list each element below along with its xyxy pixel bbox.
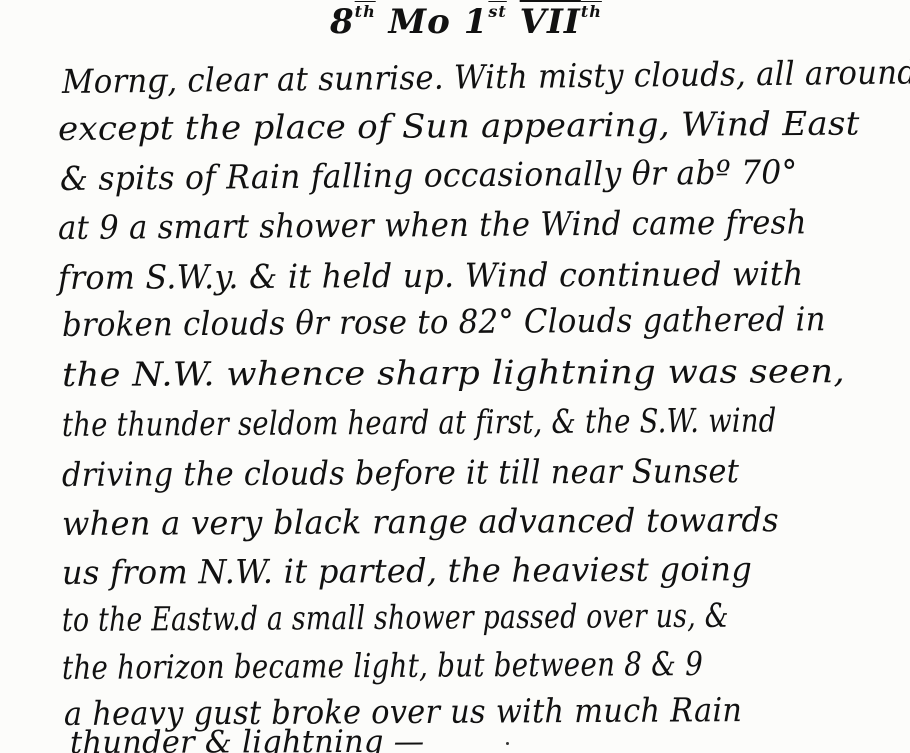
month-suffix: th: [355, 2, 376, 21]
day-number: 1: [464, 2, 489, 42]
text-line-13: the horizon became light, but between 8 …: [62, 644, 703, 687]
manuscript-page: 8th Mo 1st VIIth Mornɡ, clear at sunrise…: [0, 0, 910, 753]
text-line-3: & spits of Rain falling occasionally θr …: [60, 152, 798, 198]
text-line-9: driving the clouds before it till near S…: [62, 451, 739, 494]
ink-speck: [506, 742, 509, 745]
text-line-2: except the place of Sun appearing, Wind …: [58, 104, 860, 148]
weekday-suffix: th: [581, 2, 602, 21]
day-suffix: st: [488, 2, 506, 21]
entry-date-heading: 8th Mo 1st VIIth: [330, 2, 602, 42]
text-line-5: from S.W.y. & it held up. Wind continued…: [58, 254, 804, 297]
weekday-numeral: VII: [520, 2, 581, 42]
text-line-7: the N.W. whence sharp lightning was seen…: [62, 351, 845, 394]
text-line-12: to the Eastw.d a small shower passed ove…: [62, 596, 729, 639]
text-line-6: broken clouds θr rose to 82° Clouds gath…: [62, 299, 826, 344]
month-number: 8: [330, 2, 355, 42]
text-line-8: the thunder seldom heard at first, & the…: [62, 400, 777, 444]
text-line-4: at 9 a smart shower when the Wind came f…: [58, 202, 807, 247]
month-abbrev: Mo: [389, 2, 451, 42]
text-line-15: thunder & lightning —: [70, 724, 424, 753]
text-line-10: when a very black range advanced towards: [62, 500, 779, 543]
text-line-1: Mornɡ, clear at sunrise. With misty clou…: [62, 52, 910, 101]
text-line-11: us from N.W. it parted, the heaviest goi…: [62, 549, 752, 592]
